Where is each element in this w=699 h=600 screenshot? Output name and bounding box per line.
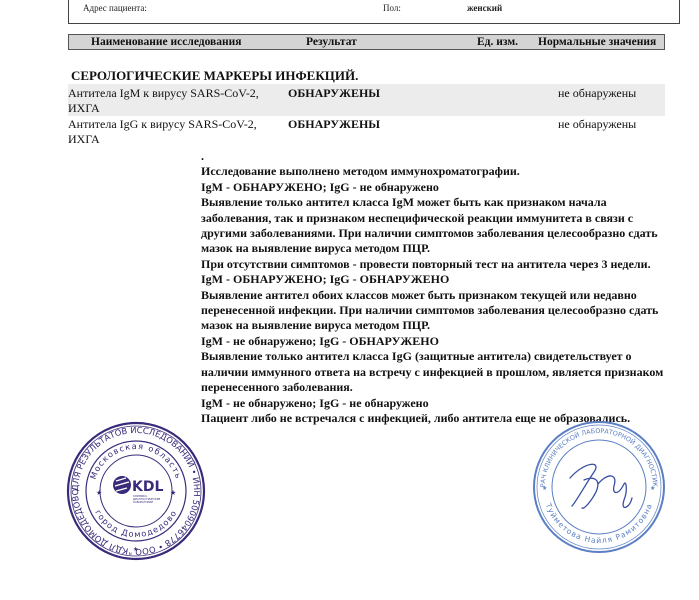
sex-label: Пол: xyxy=(383,3,401,13)
doctor-seal-stamp: ВРАЧ КЛИНИЧЕСКОЙ ЛАБОРАТОРНОЙ ДИАГНОСТИК… xyxy=(532,420,666,554)
test-result: ОБНАРУЖЕНЫ xyxy=(288,117,380,132)
column-header-norm: Нормальные значения xyxy=(538,36,656,48)
seal-inner-top-text: Московская область xyxy=(88,441,184,481)
interpretation-notes: .Исследование выполнено методом иммунохр… xyxy=(201,149,641,426)
test-method: ИХГА xyxy=(68,101,268,116)
note-line: Исследование выполнено методом иммунохро… xyxy=(201,164,641,179)
test-result: ОБНАРУЖЕНЫ xyxy=(288,86,380,101)
test-norm: не обнаружены xyxy=(558,86,636,101)
star-icon: ★ xyxy=(170,489,176,497)
signature-icon xyxy=(570,464,632,508)
seal-outer-top-text: ВРАЧ КЛИНИЧЕСКОЙ ЛАБОРАТОРНОЙ ДИАГНОСТИК… xyxy=(532,420,659,488)
organization-seal-stamp: ДЛЯ РЕЗУЛЬТАТОВ ИССЛЕДОВАНИЙ • ИНН 50090… xyxy=(66,421,206,561)
note-line: IgM - ОБНАРУЖЕНО; IgG - ОБНАРУЖЕНО xyxy=(201,272,641,287)
sex-value: женский xyxy=(467,3,502,13)
note-line: мазок на выявление вируса методом ПЦР. xyxy=(201,318,641,333)
results-table-header: Наименование исследования Результат Ед. … xyxy=(68,34,665,50)
note-line: перенесенного заболевания. xyxy=(201,380,641,395)
kdl-logo-icon xyxy=(113,476,131,494)
note-line: заболевания, так и признаком неспецифиче… xyxy=(201,211,641,226)
seal-inner-bottom-text: город Домодедово xyxy=(93,508,179,539)
test-name-line: Антитела IgG к вирусу SARS-CoV-2, xyxy=(68,117,268,132)
star-icon: ★ xyxy=(96,489,102,497)
note-line: Выявление антител обоих классов может бы… xyxy=(201,288,641,303)
note-line: мазок на выявление вируса методом ПЦР. xyxy=(201,241,641,256)
patient-info-box: Адрес пациента: Пол: женский xyxy=(68,0,680,24)
test-name: Антитела IgM к вирусу SARS-CoV-2, ИХГА xyxy=(68,86,268,116)
address-label: Адрес пациента: xyxy=(83,3,147,13)
column-header-unit: Ед. изм. xyxy=(477,36,518,48)
note-line: другими заболеваниями. При наличии симпт… xyxy=(201,226,641,241)
kdl-logo-subtext: ЛАБОРАТОРИИ xyxy=(133,500,153,504)
kdl-logo-text: KDL xyxy=(132,479,163,495)
star-icon: ★ xyxy=(650,485,655,492)
note-line: IgM - ОБНАРУЖЕНО; IgG - не обнаружено xyxy=(201,180,641,195)
note-line: Выявление только антител класса IgM може… xyxy=(201,195,641,210)
column-header-result: Результат xyxy=(306,36,357,48)
note-line: перенесенной инфекции. При наличии симпт… xyxy=(201,303,641,318)
table-row: Антитела IgM к вирусу SARS-CoV-2, ИХГА О… xyxy=(68,84,665,116)
test-name: Антитела IgG к вирусу SARS-CoV-2, ИХГА xyxy=(68,117,268,147)
table-row: Антитела IgG к вирусу SARS-CoV-2, ИХГА О… xyxy=(68,115,665,147)
section-title: СЕРОЛОГИЧЕСКИЕ МАРКЕРЫ ИНФЕКЦИЙ. xyxy=(71,68,358,84)
test-norm: не обнаружены xyxy=(558,117,636,132)
test-method: ИХГА xyxy=(68,132,268,147)
note-line: IgM - не обнаружено; IgG - ОБНАРУЖЕНО xyxy=(201,334,641,349)
note-line: наличии иммунного ответа на встречу с ин… xyxy=(201,365,641,380)
note-line: При отсутствии симптомов - провести повт… xyxy=(201,257,641,272)
star-icon: ★ xyxy=(133,546,138,553)
note-line: IgM - не обнаружено; IgG - не обнаружено xyxy=(201,396,641,411)
test-name-line: Антитела IgM к вирусу SARS-CoV-2, xyxy=(68,86,268,101)
column-header-name: Наименование исследования xyxy=(91,36,242,48)
star-icon: ★ xyxy=(542,485,547,492)
note-line: Выявление только антител класса IgG (защ… xyxy=(201,349,641,364)
note-line: . xyxy=(201,149,641,164)
